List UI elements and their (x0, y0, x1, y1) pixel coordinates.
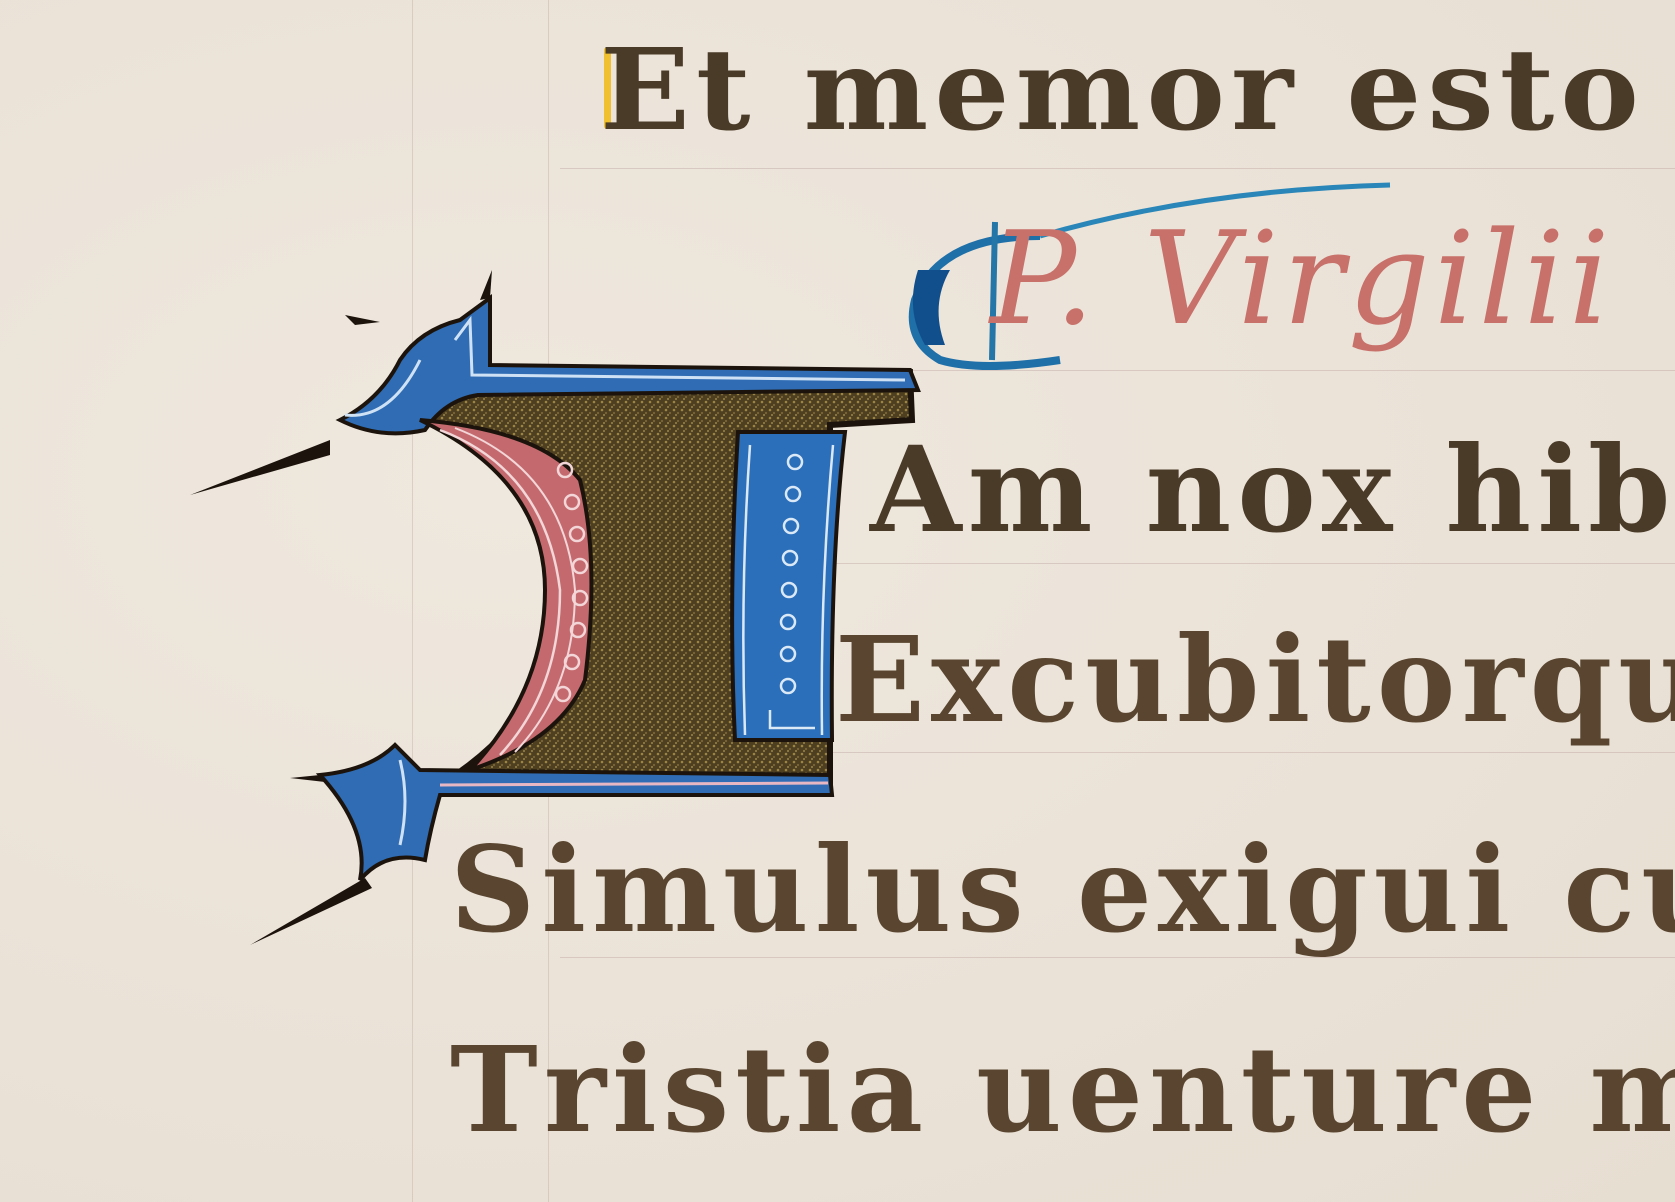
line-initial: A (870, 420, 968, 559)
rubric-heading: P. Virgilii (990, 205, 1614, 354)
text-line-5: Simulus exigui cu (450, 820, 1675, 959)
line-initial: T (450, 1020, 544, 1159)
line-text: imulus exigui cu (541, 820, 1675, 959)
text-line-6: Tristia uenture ma (450, 1020, 1675, 1159)
text-line-1: Et memor esto xu (600, 23, 1675, 155)
line-initial: S (450, 820, 541, 959)
text-line-4: Excubitorque c (835, 610, 1675, 749)
line-initial: E (835, 610, 931, 749)
text-line-3: Am nox hibe (870, 420, 1675, 559)
manuscript-page: Et memor esto xu P. Virgilii Am nox hibe… (0, 0, 1675, 1202)
line-text: xcubitorque c (931, 610, 1675, 749)
line-initial: E (600, 23, 696, 155)
line-text: m nox hibe (968, 420, 1675, 559)
line-text: t memor esto xu (696, 23, 1675, 155)
line-text: ristia uenture ma (544, 1020, 1675, 1159)
